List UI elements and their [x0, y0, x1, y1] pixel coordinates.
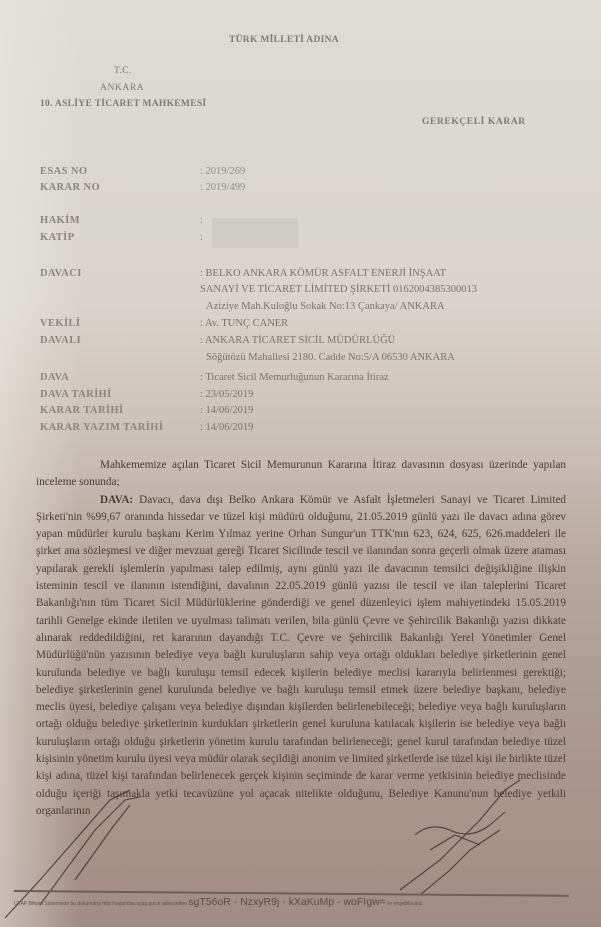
dava-text: Davacı, dava dışı Belko Ankara Kömür ve … [36, 494, 566, 817]
court-city: ANKARA [100, 83, 144, 93]
davaci-value-line1: : BELKO ANKARA KÖMÜR ASFALT ENERJİ İNŞAA… [200, 268, 446, 279]
davali-value: : ANKARA TİCARET SİCİL MÜDÜRLÜĞÜ [200, 335, 395, 346]
davaci-value-line2: SANAYİ VE TİCARET LİMİTED ŞİRKETİ 016200… [200, 284, 477, 295]
karar-tarihi-value: : 14/06/2019 [200, 405, 253, 416]
court-decision-page: TÜRK MİLLETİ ADINA T.C. ANKARA 10. ASLİY… [0, 0, 601, 927]
dava-keyword: DAVA: [100, 494, 133, 506]
intro-paragraph: Mahkememize açılan Ticaret Sicil Memurun… [36, 457, 566, 492]
davali-address: Söğütözü Mahallesi 2180. Cadde No:5/A 06… [206, 352, 455, 363]
vekili-label: VEKİLİ [40, 318, 80, 329]
karar-tarihi-label: KARAR TARİHİ [40, 405, 123, 416]
heading-turk-milleti-adina: TÜRK MİLLETİ ADINA [229, 35, 339, 45]
katip-value: : [200, 232, 203, 243]
hakim-label: HAKİM [40, 215, 80, 226]
dava-paragraph: DAVA: Davacı, dava dışı Belko Ankara Köm… [36, 492, 566, 821]
karar-yazim-tarihi-label: KARAR YAZIM TARİHİ [40, 422, 163, 433]
footer-uyap-text: UYAP Bilişim Sisteminde bu dokümana http… [14, 901, 187, 907]
katip-label: KATİP [40, 232, 74, 243]
karar-no-value: : 2019/499 [200, 182, 245, 193]
karar-no-label: KARAR NO [40, 182, 100, 193]
esas-no-label: ESAS NO [40, 166, 87, 177]
dava-tarihi-value: : 23/05/2019 [200, 389, 253, 400]
decision-body: Mahkememize açılan Ticaret Sicil Memurun… [36, 457, 566, 820]
redacted-names-block [212, 218, 298, 248]
dava-label: DAVA [40, 372, 69, 383]
davaci-address: Aziziye Mah.Kuloğlu Sokak No:13 Çankaya/… [206, 301, 445, 312]
vekili-value: : Av. TUNÇ CANER [200, 318, 288, 329]
footer-suffix: ile erişebilirsiniz. [387, 901, 423, 907]
footer-verification: UYAP Bilişim Sisteminde bu dokümana http… [14, 896, 574, 908]
court-tc: T.C. [114, 66, 131, 76]
hakim-value: : [200, 215, 203, 226]
court-name: 10. ASLİYE TİCARET MAHKEMESİ [40, 99, 206, 109]
davali-label: DAVALI [40, 335, 81, 346]
dava-value: : Ticaret Sicil Memurluğunun Kararına İt… [200, 372, 389, 383]
esas-no-value: : 2019/269 [200, 166, 245, 177]
karar-yazim-tarihi-value: : 14/06/2019 [200, 422, 253, 433]
davaci-label: DAVACI [40, 268, 82, 279]
document-type: GEREKÇELİ KARAR [422, 117, 526, 127]
dava-tarihi-label: DAVA TARİHİ [40, 389, 112, 400]
verification-code: sgT56oR - NzxyR9j - kXaKuMp - woFIgw= [188, 896, 386, 908]
